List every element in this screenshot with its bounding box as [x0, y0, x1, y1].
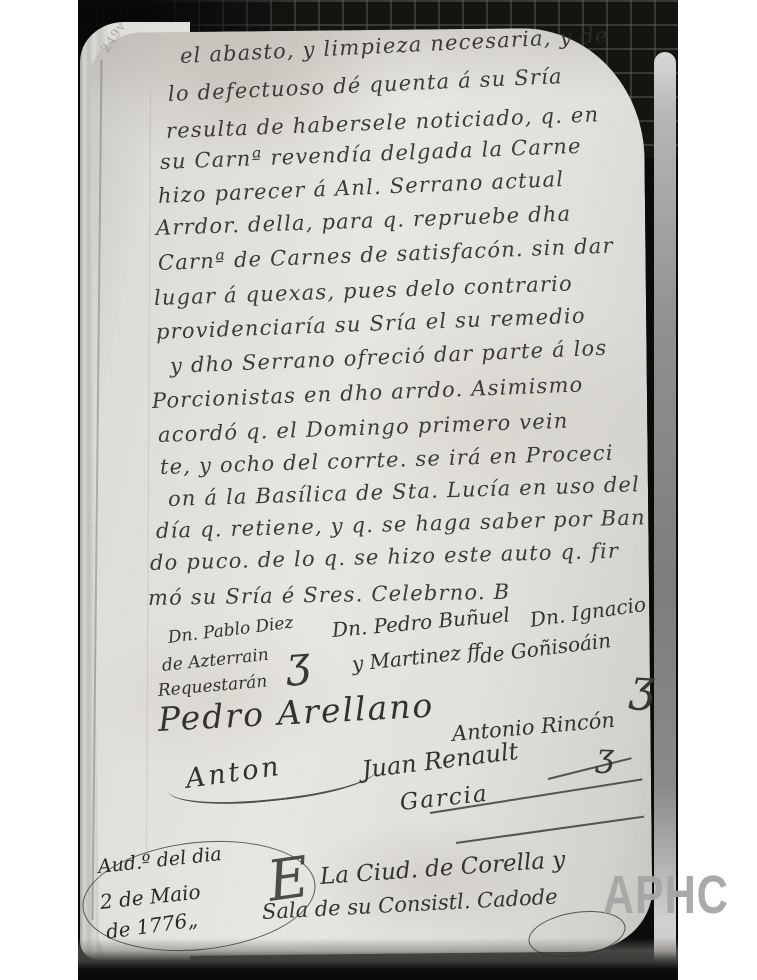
manuscript-page [89, 27, 653, 957]
photo-background [78, 0, 678, 980]
table-shadow [78, 938, 678, 980]
book-fore-edge [654, 52, 676, 970]
manuscript-photo-page: 249v el abasto, y limpieza necesaria, y … [0, 0, 757, 980]
aphc-watermark: APHC [603, 868, 729, 922]
